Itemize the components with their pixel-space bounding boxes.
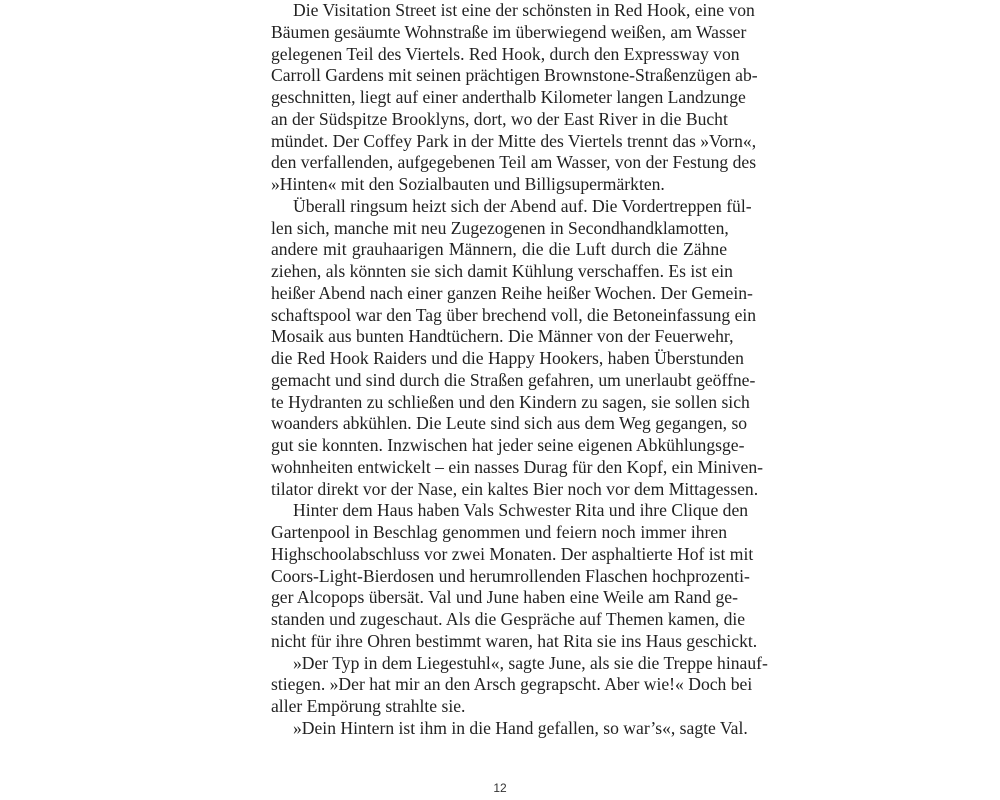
text-line: mündet. Der Coffey Park in der Mitte des…	[271, 131, 727, 153]
text-line: Die Visitation Street ist eine der schön…	[271, 0, 727, 22]
paragraph: »Der Typ in dem Liegestuhl«, sagte June,…	[271, 653, 727, 718]
text-line: an der Südspitze Brooklyns, dort, wo der…	[271, 109, 727, 131]
body-text: Die Visitation Street ist eine der schön…	[271, 0, 727, 740]
text-line: stiegen. »Der hat mir an den Arsch gegra…	[271, 674, 727, 696]
text-line: gut sie konnten. Inzwischen hat jeder se…	[271, 435, 727, 457]
text-line: ziehen, als könnten sie sich damit Kühlu…	[271, 261, 727, 283]
book-page: Die Visitation Street ist eine der schön…	[0, 0, 1000, 800]
paragraph: Die Visitation Street ist eine der schön…	[271, 0, 727, 196]
text-line: gemacht und sind durch die Straßen gefah…	[271, 370, 727, 392]
text-line: len sich, manche mit neu Zugezogenen in …	[271, 218, 727, 240]
text-line: standen und zugeschaut. Als die Gespräch…	[271, 609, 727, 631]
page-number: 12	[0, 781, 1000, 795]
text-line: gelegenen Teil des Viertels. Red Hook, d…	[271, 44, 727, 66]
paragraph: Hinter dem Haus haben Vals Schwester Rit…	[271, 500, 727, 652]
paragraph: »Dein Hintern ist ihm in die Hand gefall…	[271, 718, 727, 740]
text-line: heißer Abend nach einer ganzen Reihe hei…	[271, 283, 727, 305]
text-line: andere mit grauhaarigen Männern, die die…	[271, 239, 727, 261]
text-line: Mosaik aus bunten Handtüchern. Die Männe…	[271, 326, 727, 348]
text-line: Highschoolabschluss vor zwei Monaten. De…	[271, 544, 727, 566]
text-line: »Der Typ in dem Liegestuhl«, sagte June,…	[271, 653, 727, 675]
text-line: »Dein Hintern ist ihm in die Hand gefall…	[271, 718, 727, 740]
text-line: geschnitten, liegt auf einer anderthalb …	[271, 87, 727, 109]
text-line: den verfallenden, aufgegebenen Teil am W…	[271, 152, 727, 174]
text-line: aller Empörung strahlte sie.	[271, 696, 727, 718]
text-line: ger Alcopops übersät. Val und June haben…	[271, 587, 727, 609]
text-line: Carroll Gardens mit seinen prächtigen Br…	[271, 65, 727, 87]
text-line: »Hinten« mit den Sozialbauten und Billig…	[271, 174, 727, 196]
text-line: tilator direkt vor der Nase, ein kaltes …	[271, 479, 727, 501]
text-line: Coors-Light-Bierdosen und herumrollenden…	[271, 566, 727, 588]
text-line: Überall ringsum heizt sich der Abend auf…	[271, 196, 727, 218]
paragraph: Überall ringsum heizt sich der Abend auf…	[271, 196, 727, 501]
text-line: nicht für ihre Ohren bestimmt waren, hat…	[271, 631, 727, 653]
text-line: wohnheiten entwickelt – ein nasses Durag…	[271, 457, 727, 479]
text-line: schaftspool war den Tag über brechend vo…	[271, 305, 727, 327]
text-line: die Red Hook Raiders und die Happy Hooke…	[271, 348, 727, 370]
text-line: te Hydranten zu schließen und den Kinder…	[271, 392, 727, 414]
text-line: Hinter dem Haus haben Vals Schwester Rit…	[271, 500, 727, 522]
text-line: Bäumen gesäumte Wohnstraße im überwiegen…	[271, 22, 727, 44]
text-line: woanders abkühlen. Die Leute sind sich a…	[271, 413, 727, 435]
text-line: Gartenpool in Beschlag genommen und feie…	[271, 522, 727, 544]
